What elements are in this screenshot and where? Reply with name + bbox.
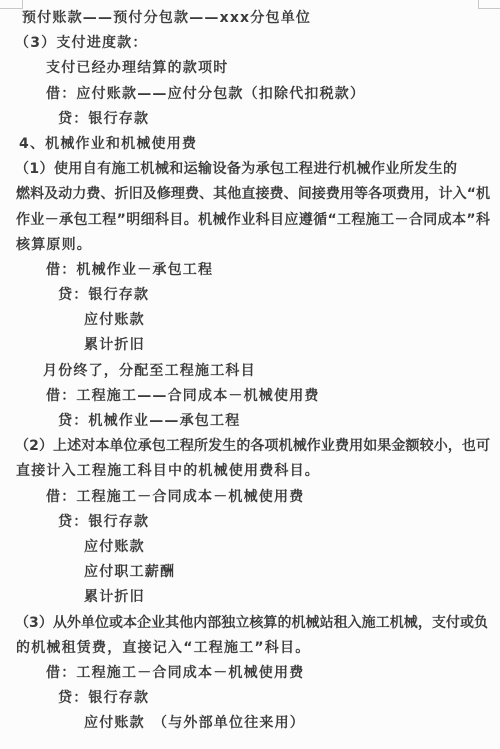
doc-line: （1）使用自有施工机械和运输设备为承包工程进行机械作业所发生的人工费、 [0, 157, 457, 182]
doc-line: （3）从外单位或本企业其他内部独立核算的机械站租入施工机械，支付或负担 [0, 611, 488, 636]
document-body: 预付账款——预付分包款——xxx分包单位 （3）支付进度款： 支付已经办理结算的… [0, 6, 500, 736]
doc-line-credit-entry: 贷：银行存款 [0, 510, 500, 535]
doc-line: 支付已经办理结算的款项时 [0, 56, 500, 81]
doc-line-credit-entry: 贷：银行存款 [0, 686, 500, 711]
doc-line: 核算原则。 [0, 233, 500, 258]
doc-line-credit-entry: 应付账款 [0, 535, 500, 560]
doc-line: 预付账款——预付分包款——xxx分包单位 [0, 6, 500, 31]
section-heading: 4、机械作业和机械使用费 [0, 132, 500, 157]
doc-line: 作业－承包工程”明细科目。机械作业科目应遵循“工程施工－合同成本”科目 [0, 208, 490, 233]
doc-line-debit-entry: 借：工程施工－合同成本－机械使用费 [0, 661, 500, 686]
doc-line-debit-entry: 借：工程施工－合同成本－机械使用费 [0, 485, 500, 510]
doc-line-debit-entry: 借：工程施工——合同成本－机械使用费 [0, 384, 500, 409]
document-page: 预付账款——预付分包款——xxx分包单位 （3）支付进度款： 支付已经办理结算的… [0, 0, 500, 749]
doc-line-credit-entry: 应付账款 （与外部单位往来用） [0, 711, 500, 736]
doc-line-credit-entry: 累计折旧 [0, 333, 500, 358]
doc-line-debit-entry: 借：应付账款——应付分包款（扣除代扣税款） [0, 82, 500, 107]
doc-line: 月份终了，分配至工程施工科目 [0, 359, 500, 384]
doc-line-credit-entry: 应付账款 [0, 308, 500, 333]
doc-line-credit-entry: 累计折旧 [0, 585, 500, 610]
doc-line: 直接计入工程施工科目中的机械使用费科目。 [0, 459, 500, 484]
doc-line: （3）支付进度款： [0, 31, 500, 56]
doc-line-credit-entry: 贷：银行存款 [0, 107, 500, 132]
doc-line-debit-entry: 借：机械作业－承包工程 [0, 258, 500, 283]
doc-line: （2）上述对本单位承包工程所发生的各项机械作业费用如果金额较小，也可以 [0, 434, 490, 459]
doc-line-credit-entry: 应付职工薪酬 [0, 560, 500, 585]
doc-line: 的机械租赁费，直接记入“工程施工”科目。 [0, 636, 500, 661]
doc-line: 燃料及动力费、折旧及修理费、其他直接费、间接费用等各项费用，计入“机械 [0, 182, 490, 207]
doc-line-credit-entry: 贷：银行存款 [0, 283, 500, 308]
doc-line-credit-entry: 贷：机械作业——承包工程 [0, 409, 500, 434]
